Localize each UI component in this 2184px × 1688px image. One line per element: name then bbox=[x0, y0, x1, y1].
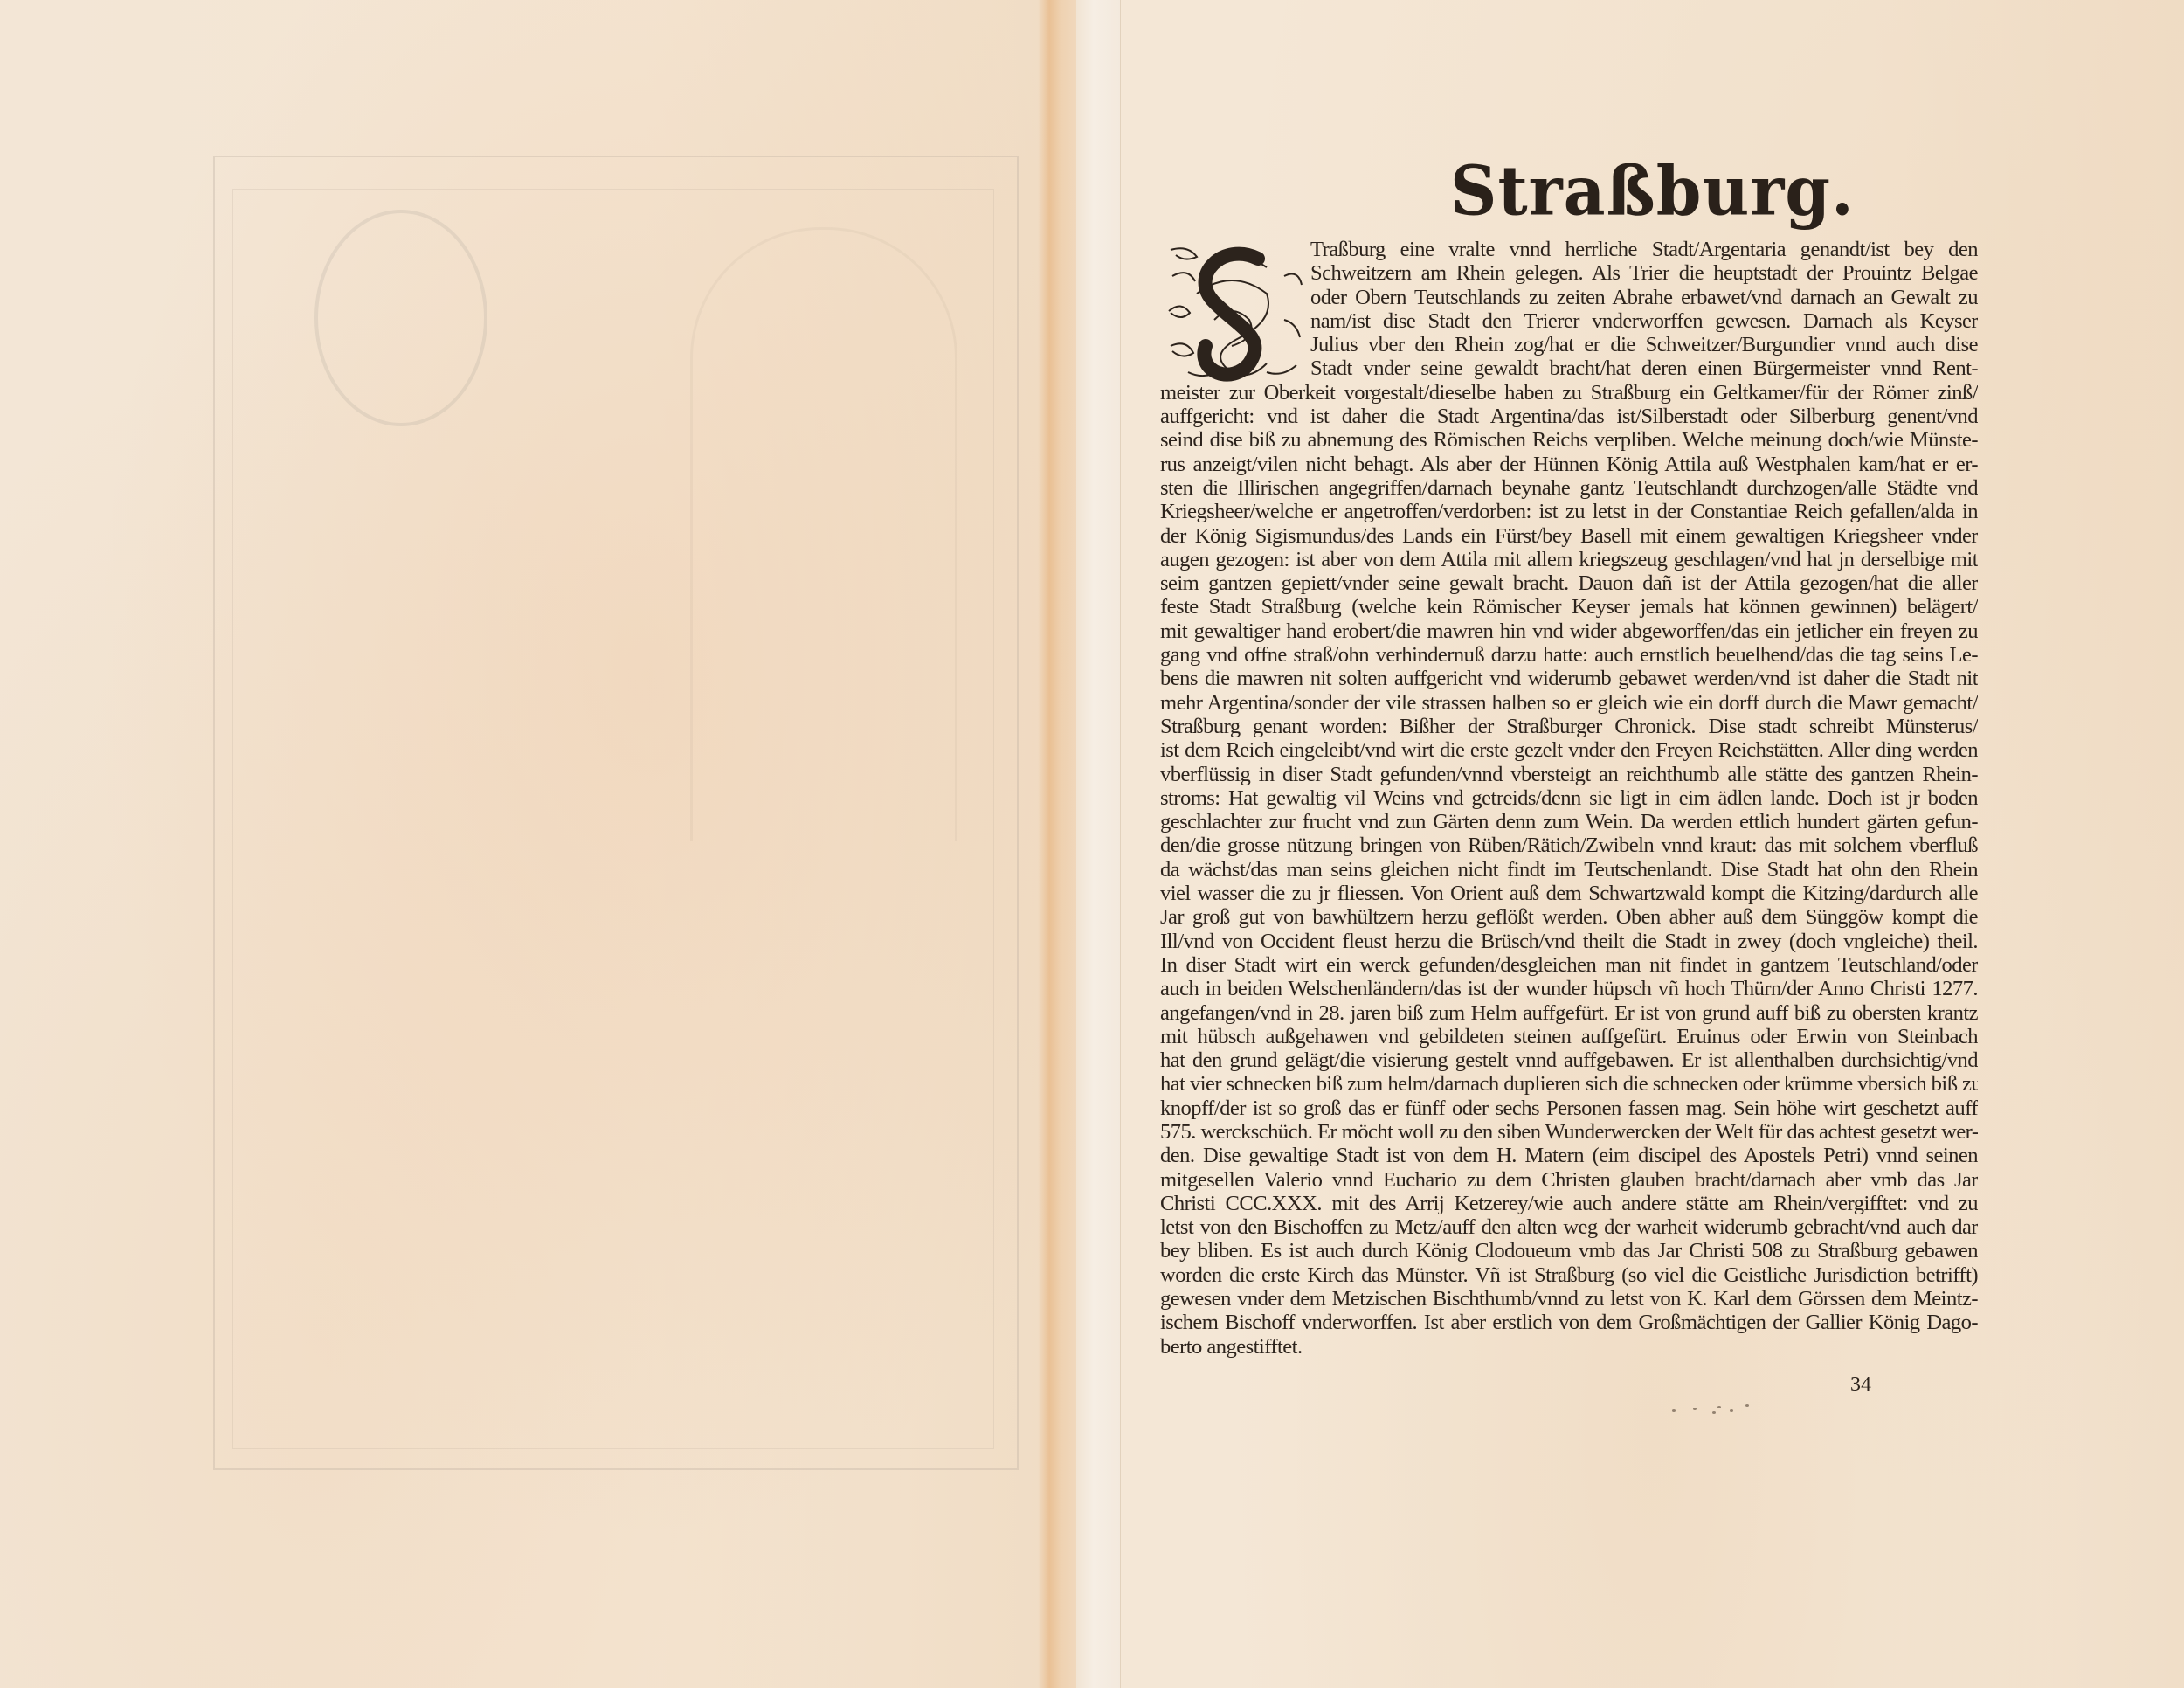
text-line: angefangen/vnd in 28. jaren biß zum Helm… bbox=[1160, 1001, 1978, 1025]
text-line: 575. werckschüch. Er möcht woll zu den s… bbox=[1160, 1120, 1978, 1144]
text-line: meister zur Oberkeit vorgestalt/dieselbe… bbox=[1160, 381, 1978, 405]
text-line: ist dem Reich eingeleibt/vnd wirt die er… bbox=[1160, 738, 1978, 762]
text-line: der König Sigismundus/des Lands ein Fürs… bbox=[1160, 524, 1978, 548]
text-line: gewesen vnder dem Metzischen Bischthumb/… bbox=[1160, 1287, 1978, 1311]
text-line: mehr Argentina/sonder der vile strassen … bbox=[1160, 691, 1978, 715]
text-line: mit gewaltiger hand erobert/die mawren h… bbox=[1160, 619, 1978, 643]
text-line: rus anzeigt/vilen nicht behagt. Als aber… bbox=[1160, 453, 1978, 476]
text-line-final: berto angestifftet. bbox=[1160, 1335, 1978, 1359]
text-line: Christi CCC.XXX. mit des Arrij Ketzerey/… bbox=[1160, 1192, 1978, 1215]
text-line: Julius vber den Rhein zog/hat er die Sch… bbox=[1310, 333, 1978, 356]
text-line: Straßburg genant worden: Bißher der Stra… bbox=[1160, 715, 1978, 738]
text-line: auffgericht: vnd ist daher die Stadt Arg… bbox=[1160, 405, 1978, 428]
page-edge-stain bbox=[1038, 0, 1076, 1688]
ink-specks bbox=[1669, 1402, 1773, 1420]
page-number: 34 bbox=[1850, 1373, 1871, 1397]
text-line: ischem Bischoff vnderworffen. Ist aber e… bbox=[1160, 1311, 1978, 1334]
text-line: stroms: Hat gewaltig vil Weins vnd getre… bbox=[1160, 786, 1978, 810]
text-line: Traßburg eine vralte vnnd herrliche Stad… bbox=[1310, 238, 1978, 261]
show-through-figure bbox=[690, 227, 957, 841]
left-page bbox=[0, 0, 1076, 1688]
text-line: letst von den Bischoffen zu Metz/auff de… bbox=[1160, 1215, 1978, 1239]
book-spread: Straßburg. Traßburg eine vralte vnnd her… bbox=[0, 0, 2184, 1688]
text-line: geschlachter zur frucht vnd zun Gärten d… bbox=[1160, 810, 1978, 834]
text-line: augen gezogen: ist aber von dem Attila m… bbox=[1160, 548, 1978, 571]
body-text: Traßburg eine vralte vnnd herrliche Stad… bbox=[1160, 238, 1978, 1359]
gutter bbox=[1076, 0, 1121, 1688]
text-line: bey bliben. Es ist auch durch König Clod… bbox=[1160, 1239, 1978, 1263]
text-line: mitgesellen Valerio vnnd Euchario zu dem… bbox=[1160, 1168, 1978, 1192]
text-line: Kriegsheer/welche er angetroffen/verdorb… bbox=[1160, 500, 1978, 523]
text-line: vberflüssig in diser Stadt gefunden/vnnd… bbox=[1160, 763, 1978, 786]
text-line: Ill/vnd von Occident fleust herzu die Br… bbox=[1160, 930, 1978, 953]
text-line: sten die Illirischen angegriffen/darnach… bbox=[1160, 476, 1978, 500]
text-line: knopff/der ist so groß das er fünff oder… bbox=[1160, 1097, 1978, 1120]
text-line: da wächst/das man seins gleichen nicht f… bbox=[1160, 858, 1978, 882]
text-line: Stadt vnder seine gewaldt bracht/hat der… bbox=[1310, 356, 1978, 380]
text-line: den/die grosse nützung bringen von Rüben… bbox=[1160, 834, 1978, 857]
text-line: den. Dise gewaltige Stadt ist von dem H.… bbox=[1160, 1144, 1978, 1167]
text-line: oder Obern Teutschlands zu zeiten Abrahe… bbox=[1310, 286, 1978, 309]
text-line: seind dise biß zu abnemung des Römischen… bbox=[1160, 428, 1978, 452]
text-line: In diser Stadt wirt ein werck gefunden/d… bbox=[1160, 953, 1978, 977]
text-line: Jar groß gut von bawhültzern herzu geflö… bbox=[1160, 905, 1978, 929]
text-line: worden die erste Kirch das Münster. Vñ i… bbox=[1160, 1263, 1978, 1287]
text-line: mit hübsch außgehawen vnd gebildeten ste… bbox=[1160, 1025, 1978, 1048]
text-line: hat den grund gelägt/die visierung geste… bbox=[1160, 1048, 1978, 1072]
show-through-oval-cartouche bbox=[314, 210, 487, 426]
text-line: feste Stadt Straßburg (welche kein Römis… bbox=[1160, 595, 1978, 619]
text-line: gang vnd offne straß/ohn verhindernuß da… bbox=[1160, 643, 1978, 667]
text-line: hat vier schnecken biß zum helm/darnach … bbox=[1160, 1072, 1978, 1096]
text-line: auch in beiden Welschenländern/das ist d… bbox=[1160, 977, 1978, 1000]
text-line: bens die mawren nit solten auffgericht v… bbox=[1160, 667, 1978, 690]
text-line: viel wasser die zu jr fliessen. Von Orie… bbox=[1160, 882, 1978, 905]
text-line: seim gantzen gepiett/vnder seine gewalt … bbox=[1160, 571, 1978, 595]
text-line: Schweitzern am Rhein gelegen. Als Trier … bbox=[1310, 261, 1978, 285]
text-line: nam/ist dise Stadt den Trierer vnderworf… bbox=[1310, 309, 1978, 333]
page-title: Straßburg. bbox=[1450, 152, 1855, 231]
